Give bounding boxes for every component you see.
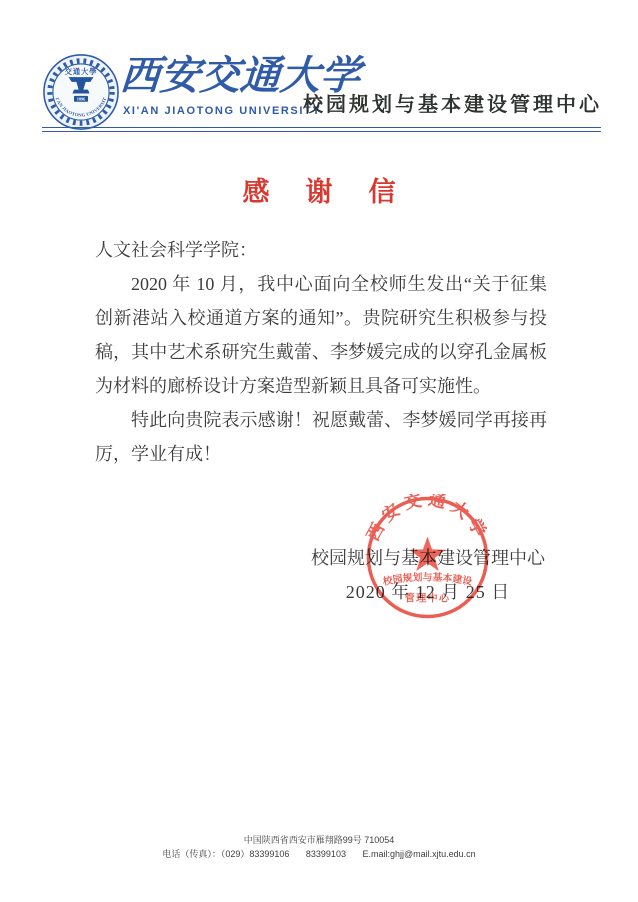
header-divider	[42, 127, 601, 132]
paragraph: 特此向贵院表示感谢！祝愿戴蕾、李梦媛同学再接再厉，学业有成！	[95, 403, 547, 471]
letter-body: 人文社会科学学院： 2020 年 10 月，我中心面向全校师生发出“关于征集创新…	[95, 233, 547, 471]
official-stamp: 西安交通大学 校园规划与基本建设 管理中心	[364, 494, 491, 621]
footer-address: 中国陕西省西安市雁翔路99号 710054	[0, 834, 638, 848]
seal-top-text: 交通大學	[65, 66, 98, 76]
letter-page: { "colors": { "brand_blue": "#2f5ba8", "…	[0, 0, 638, 902]
xjtu-seal-logo: 交通大學 1896 XI'AN JIAOTONG UNIVERSITY	[42, 53, 120, 131]
stamp-line2: 管理中心	[405, 591, 451, 604]
university-name-calligraphy: 西安交通大学	[118, 50, 322, 102]
star-icon	[409, 537, 445, 571]
footer-contact: 电话（传真）：（029）83399106 83399103 E.mail:ghj…	[0, 848, 638, 862]
footer-phone: 电话（传真）：（029）83399106	[162, 849, 289, 859]
seal-year: 1896	[77, 97, 86, 102]
university-name-english: XI'AN JIAOTONG UNIVERSITY	[123, 105, 321, 117]
paragraph: 2020 年 10 月，我中心面向全校师生发出“关于征集创新港站入校通道方案的通…	[95, 267, 547, 403]
footer-phone-alt: 83399103	[306, 849, 346, 859]
letter-title: 感谢信	[0, 170, 638, 209]
footer-email: E.mail:ghjj@mail.xjtu.edu.cn	[362, 849, 475, 859]
university-seal-icon: 交通大學 1896 XI'AN JIAOTONG UNIVERSITY	[42, 53, 120, 131]
letter-footer: 中国陕西省西安市雁翔路99号 710054 电话（传真）：（029）833991…	[0, 834, 638, 861]
stamp-line1: 校园规划与基本建设	[381, 570, 474, 588]
stamp-icon: 西安交通大学 校园规划与基本建设 管理中心	[364, 494, 491, 621]
salutation: 人文社会科学学院：	[95, 233, 547, 267]
department-title: 校园规划与基本建设管理中心	[303, 88, 602, 117]
